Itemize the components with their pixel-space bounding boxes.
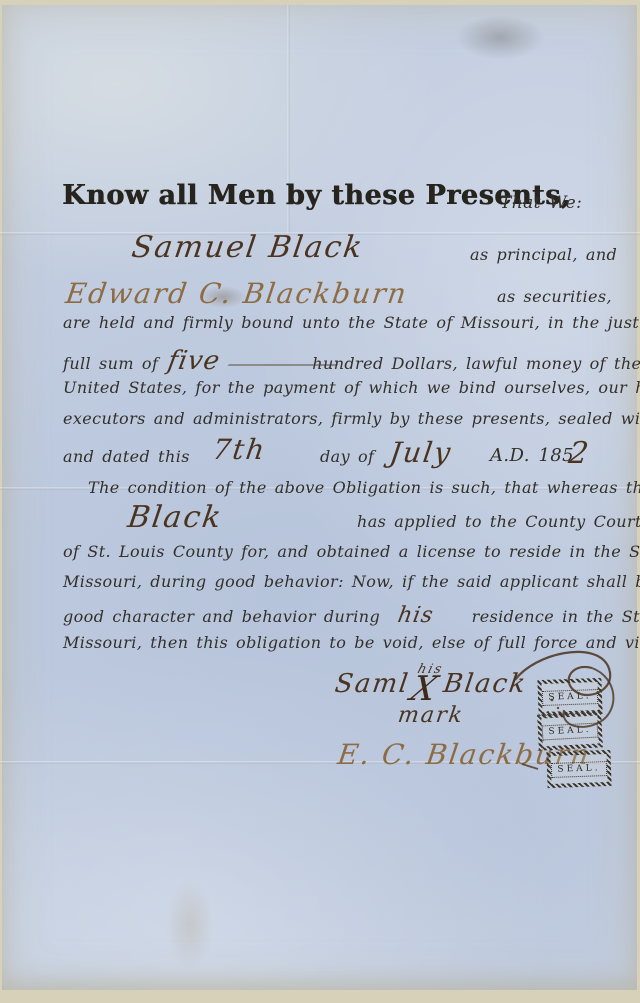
- date-line-of: day of: [320, 447, 374, 466]
- obligation-line-1: are held and firmly bound unto the State…: [63, 313, 640, 332]
- date-month-handwritten: July: [388, 436, 455, 469]
- date-year-printed: A.D. 185: [490, 445, 574, 466]
- x-mark: X: [408, 674, 443, 704]
- obligation-line-2-pre: full sum of: [63, 354, 158, 373]
- condition-line-5-pre: good character and behavior during: [63, 607, 380, 626]
- scanned-document: Know all Men by these Presents, That We:…: [0, 0, 640, 1003]
- document-text-layer: Know all Men by these Presents, That We:…: [0, 0, 640, 1003]
- condition-line-3: of St. Louis County for, and obtained a …: [63, 542, 640, 561]
- principal-name-handwritten: Samuel Black: [130, 230, 367, 265]
- pronoun-handwritten: his: [396, 603, 436, 628]
- his-x-mark: hisX: [408, 666, 445, 704]
- obligation-line-4: executors and administrators, firmly by …: [63, 409, 640, 428]
- condition-line-2: has applied to the County Court: [357, 512, 640, 531]
- mark-word: mark: [396, 703, 465, 728]
- document-heading-blackletter: Know all Men by these Presents,: [62, 180, 571, 211]
- condition-line-5-post: residence in the State of: [472, 607, 640, 626]
- condition-line-5: good character and behavior during his r…: [63, 603, 640, 628]
- heading-that-we: That We:: [500, 193, 582, 213]
- security-name-handwritten: Edward C. Blackburn: [64, 277, 410, 310]
- amount-handwritten: five: [166, 346, 223, 376]
- condition-line-1: The condition of the above Obligation is…: [88, 478, 640, 497]
- mark-signature-first: Saml: [333, 669, 412, 699]
- security-label: as securities,: [497, 287, 612, 306]
- condition-line-4: Missouri, during good behavior: Now, if …: [63, 572, 640, 591]
- date-line-pre: and dated this: [63, 447, 190, 466]
- date-year-handwritten: 2: [567, 436, 593, 471]
- date-day-handwritten: 7th: [211, 433, 269, 466]
- ink-flourish-overlay: [460, 648, 640, 793]
- obligation-line-2-post: hundred Dollars, lawful money of the: [312, 354, 640, 373]
- obligation-line-2: full sum of five — hundred Dollars, lawf…: [63, 346, 640, 376]
- applicant-name-handwritten: Black: [126, 500, 225, 535]
- obligation-line-3: United States, for the payment of which …: [63, 378, 640, 397]
- ink-flourish-dash: —: [223, 354, 343, 373]
- principal-label: as principal, and: [470, 245, 617, 264]
